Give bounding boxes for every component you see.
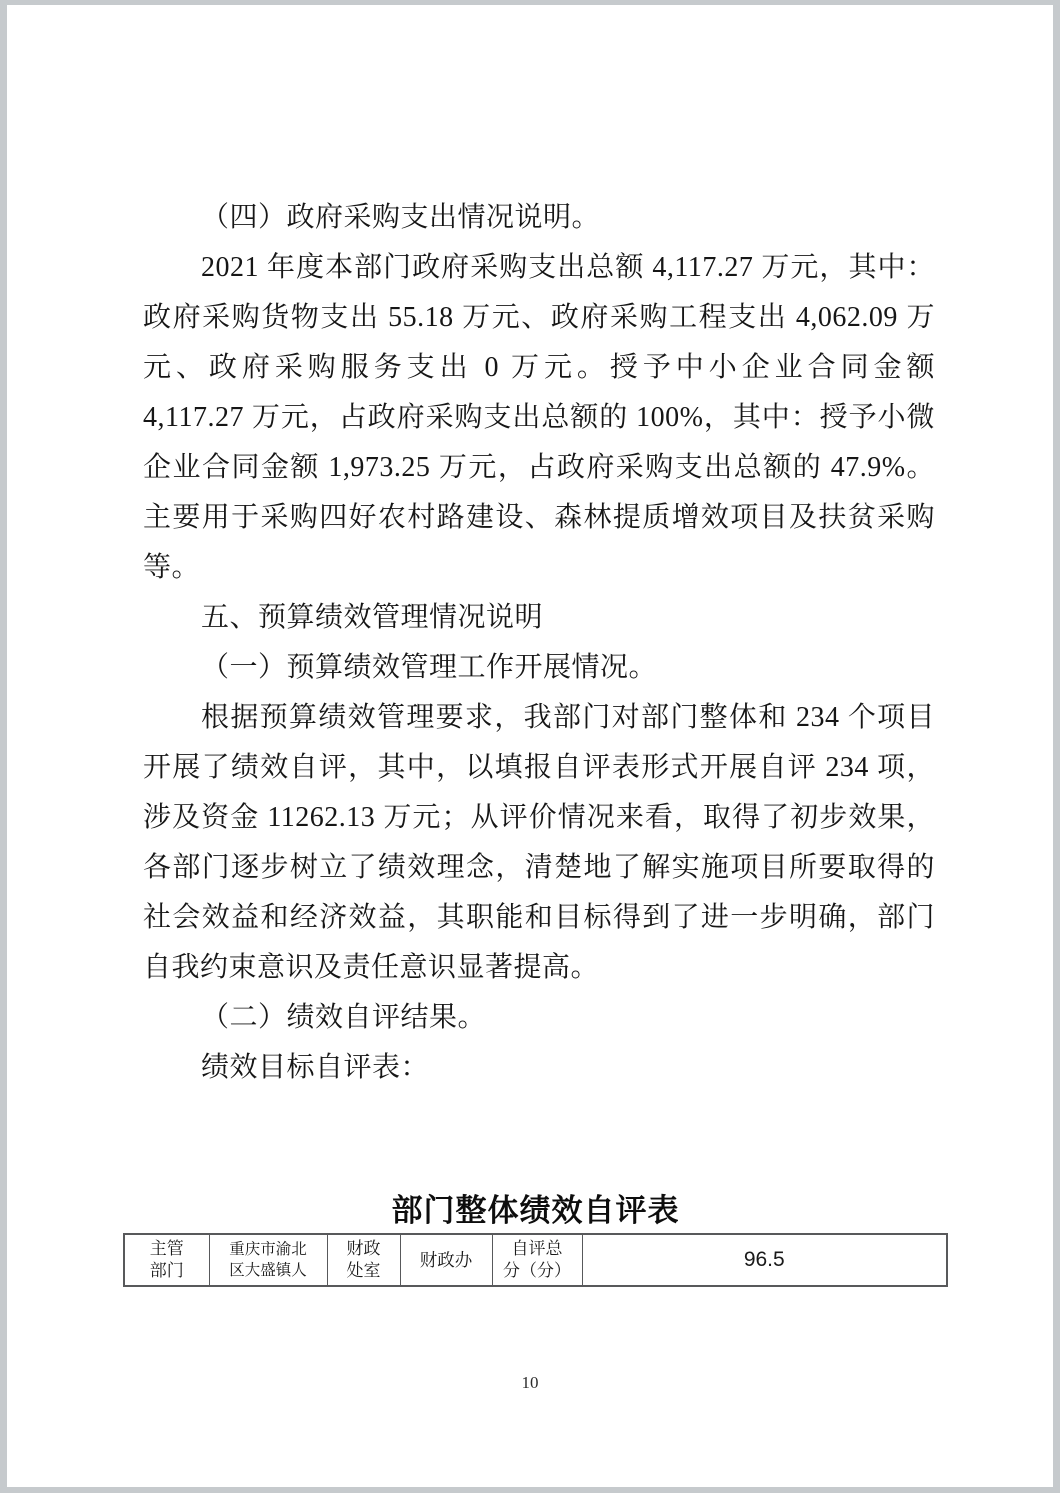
body-text: （四）政府采购支出情况说明。 2021 年度本部门政府采购支出总额 4,117.… xyxy=(143,193,935,1093)
cell-supervisor-label: 主管 部门 xyxy=(124,1234,209,1286)
self-eval-table: 主管 部门 重庆市渝北 区大盛镇人 财政 处室 财政办 自评总 分（分） 96.… xyxy=(123,1233,948,1287)
table-row: 主管 部门 重庆市渝北 区大盛镇人 财政 处室 财政办 自评总 分（分） 96.… xyxy=(124,1234,947,1286)
cell-office-value: 财政办 xyxy=(400,1234,492,1286)
page-number: 10 xyxy=(7,1373,1053,1393)
heading-section-5-2: （二）绩效自评结果。 xyxy=(143,993,935,1043)
document-page: （四）政府采购支出情况说明。 2021 年度本部门政府采购支出总额 4,117.… xyxy=(7,5,1053,1487)
para-procurement: 2021 年度本部门政府采购支出总额 4,117.27 万元，其中：政府采购货物… xyxy=(143,243,935,593)
heading-section-5-1: （一）预算绩效管理工作开展情况。 xyxy=(143,643,935,693)
cell-office-label: 财政 处室 xyxy=(327,1234,400,1286)
para-performance-eval: 根据预算绩效管理要求，我部门对部门整体和 234 个项目开展了绩效自评，其中，以… xyxy=(143,693,935,993)
heading-section-5: 五、预算绩效管理情况说明 xyxy=(143,593,935,643)
heading-section-4: （四）政府采购支出情况说明。 xyxy=(143,193,935,243)
cell-supervisor-value: 重庆市渝北 区大盛镇人 xyxy=(209,1234,327,1286)
cell-score-value: 96.5 xyxy=(582,1234,947,1286)
cell-score-label: 自评总 分（分） xyxy=(492,1234,582,1286)
para-table-intro: 绩效目标自评表： xyxy=(143,1043,935,1093)
table-title: 部门整体绩效自评表 xyxy=(123,1191,948,1231)
self-eval-table-block: 部门整体绩效自评表 主管 部门 重庆市渝北 区大盛镇人 财政 处室 财政办 自评… xyxy=(123,1191,948,1287)
